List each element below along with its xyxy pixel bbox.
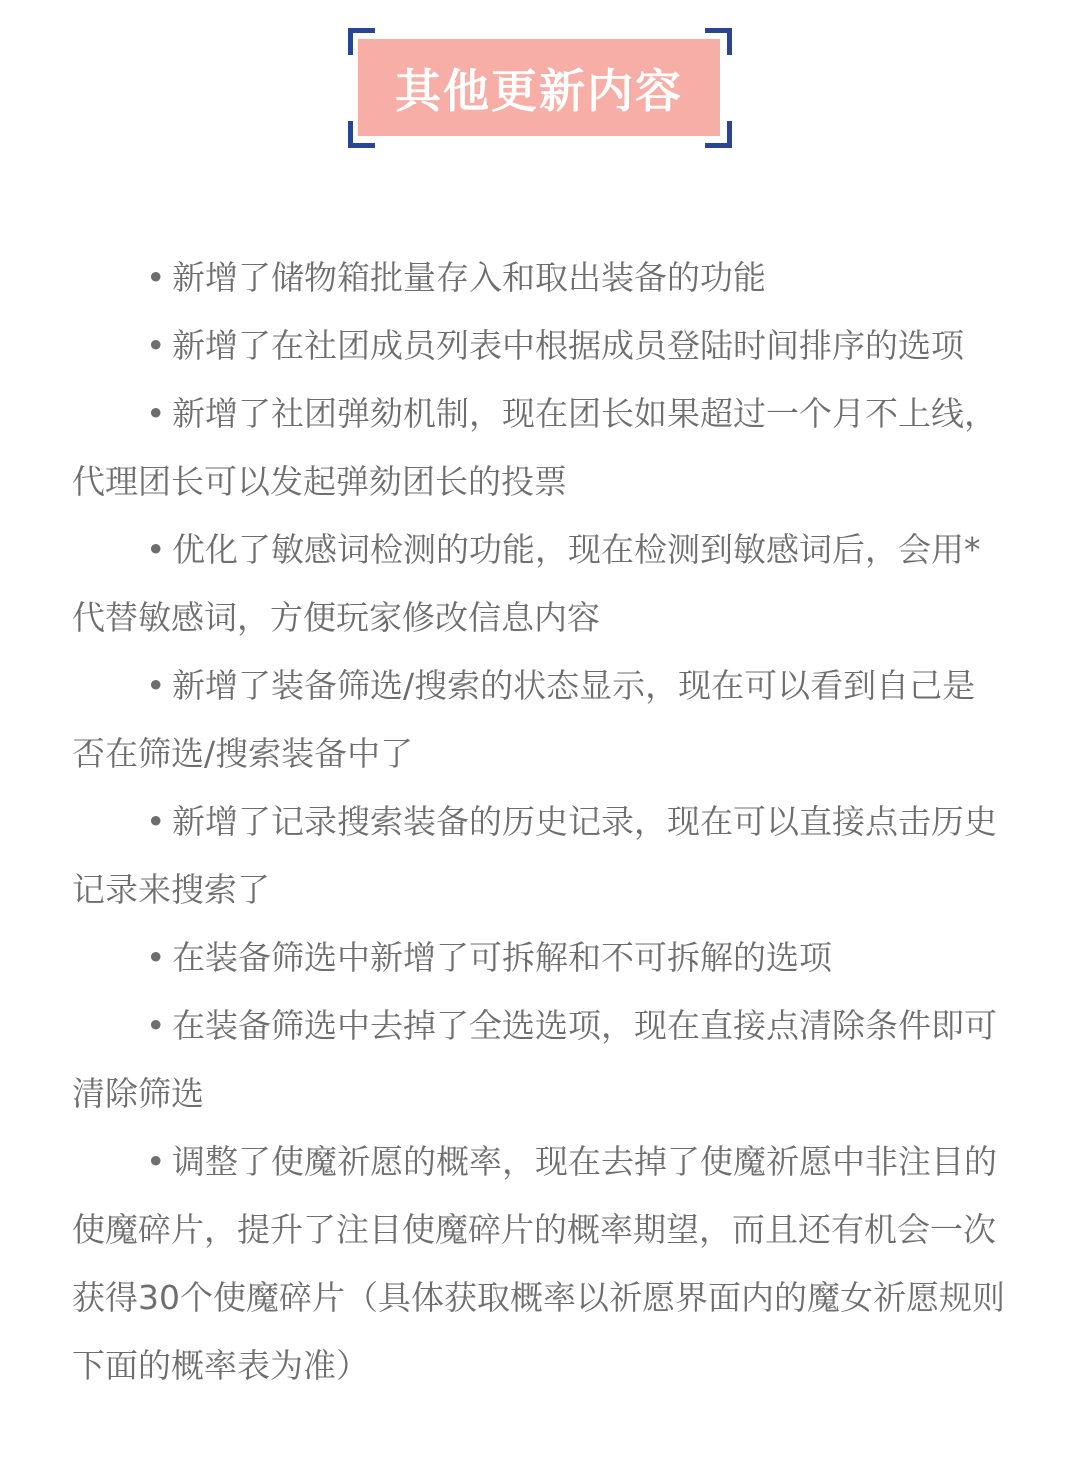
list-item: •新增了装备筛选/搜索的状态显示，现在可以看到自己是否在筛选/搜索装备中了 [72, 652, 1007, 788]
list-item: •新增了记录搜索装备的历史记录，现在可以直接点击历史记录来搜索了 [72, 788, 1007, 924]
list-item: •优化了敏感词检测的功能，现在检测到敏感词后，会用*代替敏感词，方便玩家修改信息… [72, 516, 1007, 652]
item-text: 新增了储物箱批量存入和取出装备的功能 [172, 258, 766, 297]
list-item: •新增了在社团成员列表中根据成员登陆时间排序的选项 [72, 312, 1007, 380]
item-text: 优化了敏感词检测的功能，现在检测到敏感词后，会用*代替敏感词，方便玩家修改信息内… [72, 530, 981, 637]
list-item: •新增了储物箱批量存入和取出装备的功能 [72, 244, 1007, 312]
item-text: 调整了使魔祈愿的概率，现在去掉了使魔祈愿中非注目的使魔碎片，提升了注目使魔碎片的… [72, 1142, 1005, 1385]
item-text: 在装备筛选中去掉了全选选项，现在直接点清除条件即可清除筛选 [72, 1006, 997, 1113]
bullet-icon: • [146, 312, 172, 380]
list-item: •调整了使魔祈愿的概率，现在去掉了使魔祈愿中非注目的使魔碎片，提升了注目使魔碎片… [72, 1128, 1007, 1400]
item-text: 在装备筛选中新增了可拆解和不可拆解的选项 [172, 938, 832, 977]
bullet-icon: • [146, 924, 172, 992]
item-text: 新增了记录搜索装备的历史记录，现在可以直接点击历史记录来搜索了 [72, 802, 997, 909]
item-text: 新增了装备筛选/搜索的状态显示，现在可以看到自己是否在筛选/搜索装备中了 [72, 666, 975, 773]
list-item: •新增了社团弹劾机制，现在团长如果超过一个月不上线，代理团长可以发起弹劾团长的投… [72, 380, 1007, 516]
item-text: 新增了社团弹劾机制，现在团长如果超过一个月不上线，代理团长可以发起弹劾团长的投票 [72, 394, 997, 501]
bullet-icon: • [146, 380, 172, 448]
update-list: •新增了储物箱批量存入和取出装备的功能 •新增了在社团成员列表中根据成员登陆时间… [72, 244, 1007, 1400]
list-item: •在装备筛选中去掉了全选选项，现在直接点清除条件即可清除筛选 [72, 992, 1007, 1128]
bullet-icon: • [146, 788, 172, 856]
section-title: 其他更新内容 [358, 39, 720, 136]
bullet-icon: • [146, 652, 172, 720]
bullet-icon: • [146, 516, 172, 584]
section-header: 其他更新内容 [348, 28, 732, 148]
bullet-icon: • [146, 992, 172, 1060]
bullet-icon: • [146, 244, 172, 312]
bullet-icon: • [146, 1128, 172, 1196]
item-text: 新增了在社团成员列表中根据成员登陆时间排序的选项 [172, 326, 964, 365]
list-item: •在装备筛选中新增了可拆解和不可拆解的选项 [72, 924, 1007, 992]
title-box: 其他更新内容 [358, 39, 720, 136]
